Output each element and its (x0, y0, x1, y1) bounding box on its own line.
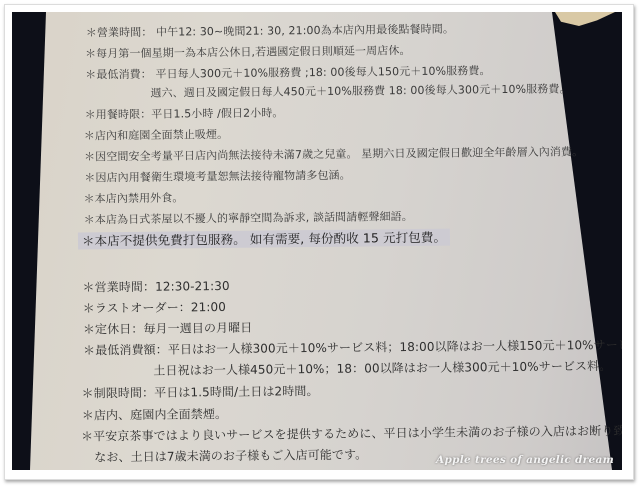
rules-text-bottom (12, 12, 622, 470)
watermark: Apple trees of angelic dream (436, 454, 614, 466)
photo: ＊營業時間： 中午12: 30~晚間21: 30, 21:00為本店內用最後點餐… (12, 12, 622, 470)
